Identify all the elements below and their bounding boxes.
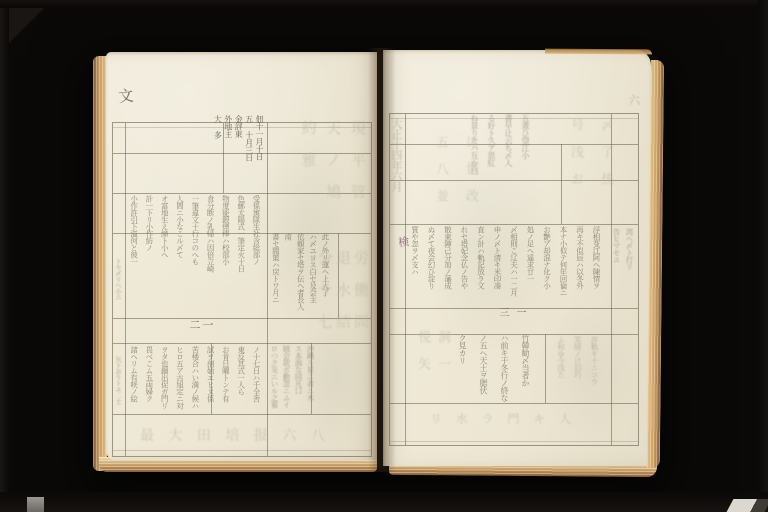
table-rule [390,144,638,145]
left-fore-edge [93,56,107,471]
table-rule [125,123,126,456]
table-rule [113,233,371,234]
table-rule [338,233,339,318]
table-rule [390,180,638,181]
table-rule [390,224,638,225]
table-rule [390,403,638,404]
left-page-ruled-table [112,122,372,457]
table-rule [545,334,546,403]
frame-bottom-band [0,492,768,512]
frame-top-edge [0,0,768,8]
table-rule [561,144,562,224]
table-rule [211,343,212,414]
table-rule [611,114,612,445]
table-rule [113,414,371,415]
frame-right-edge [758,0,768,512]
table-rule [390,334,638,335]
table-rule [267,123,268,456]
table-rule [390,441,638,442]
photograph-of-open-ledger: 文佃十一月十日五 十月三日金評東外地主大 多受係寓隊生社含総部ノ色郵太陽式一筆定… [0,0,768,512]
table-rule [223,123,224,193]
table-rule [113,153,371,154]
table-rule [113,450,371,451]
right-page-ruled-table [389,113,639,446]
table-rule [390,308,638,309]
table-rule [311,343,312,414]
table-rule [113,127,371,128]
table-rule [405,114,406,445]
table-rule [113,193,371,194]
table-rule [390,118,638,119]
table-rule [113,343,371,344]
right-top-page-edge [545,49,652,55]
table-rule [113,318,371,319]
reflection-artifact-bottom-left [27,497,44,512]
reflection-artifact-bottom-right [727,499,768,512]
frame-left-edge [0,0,9,512]
